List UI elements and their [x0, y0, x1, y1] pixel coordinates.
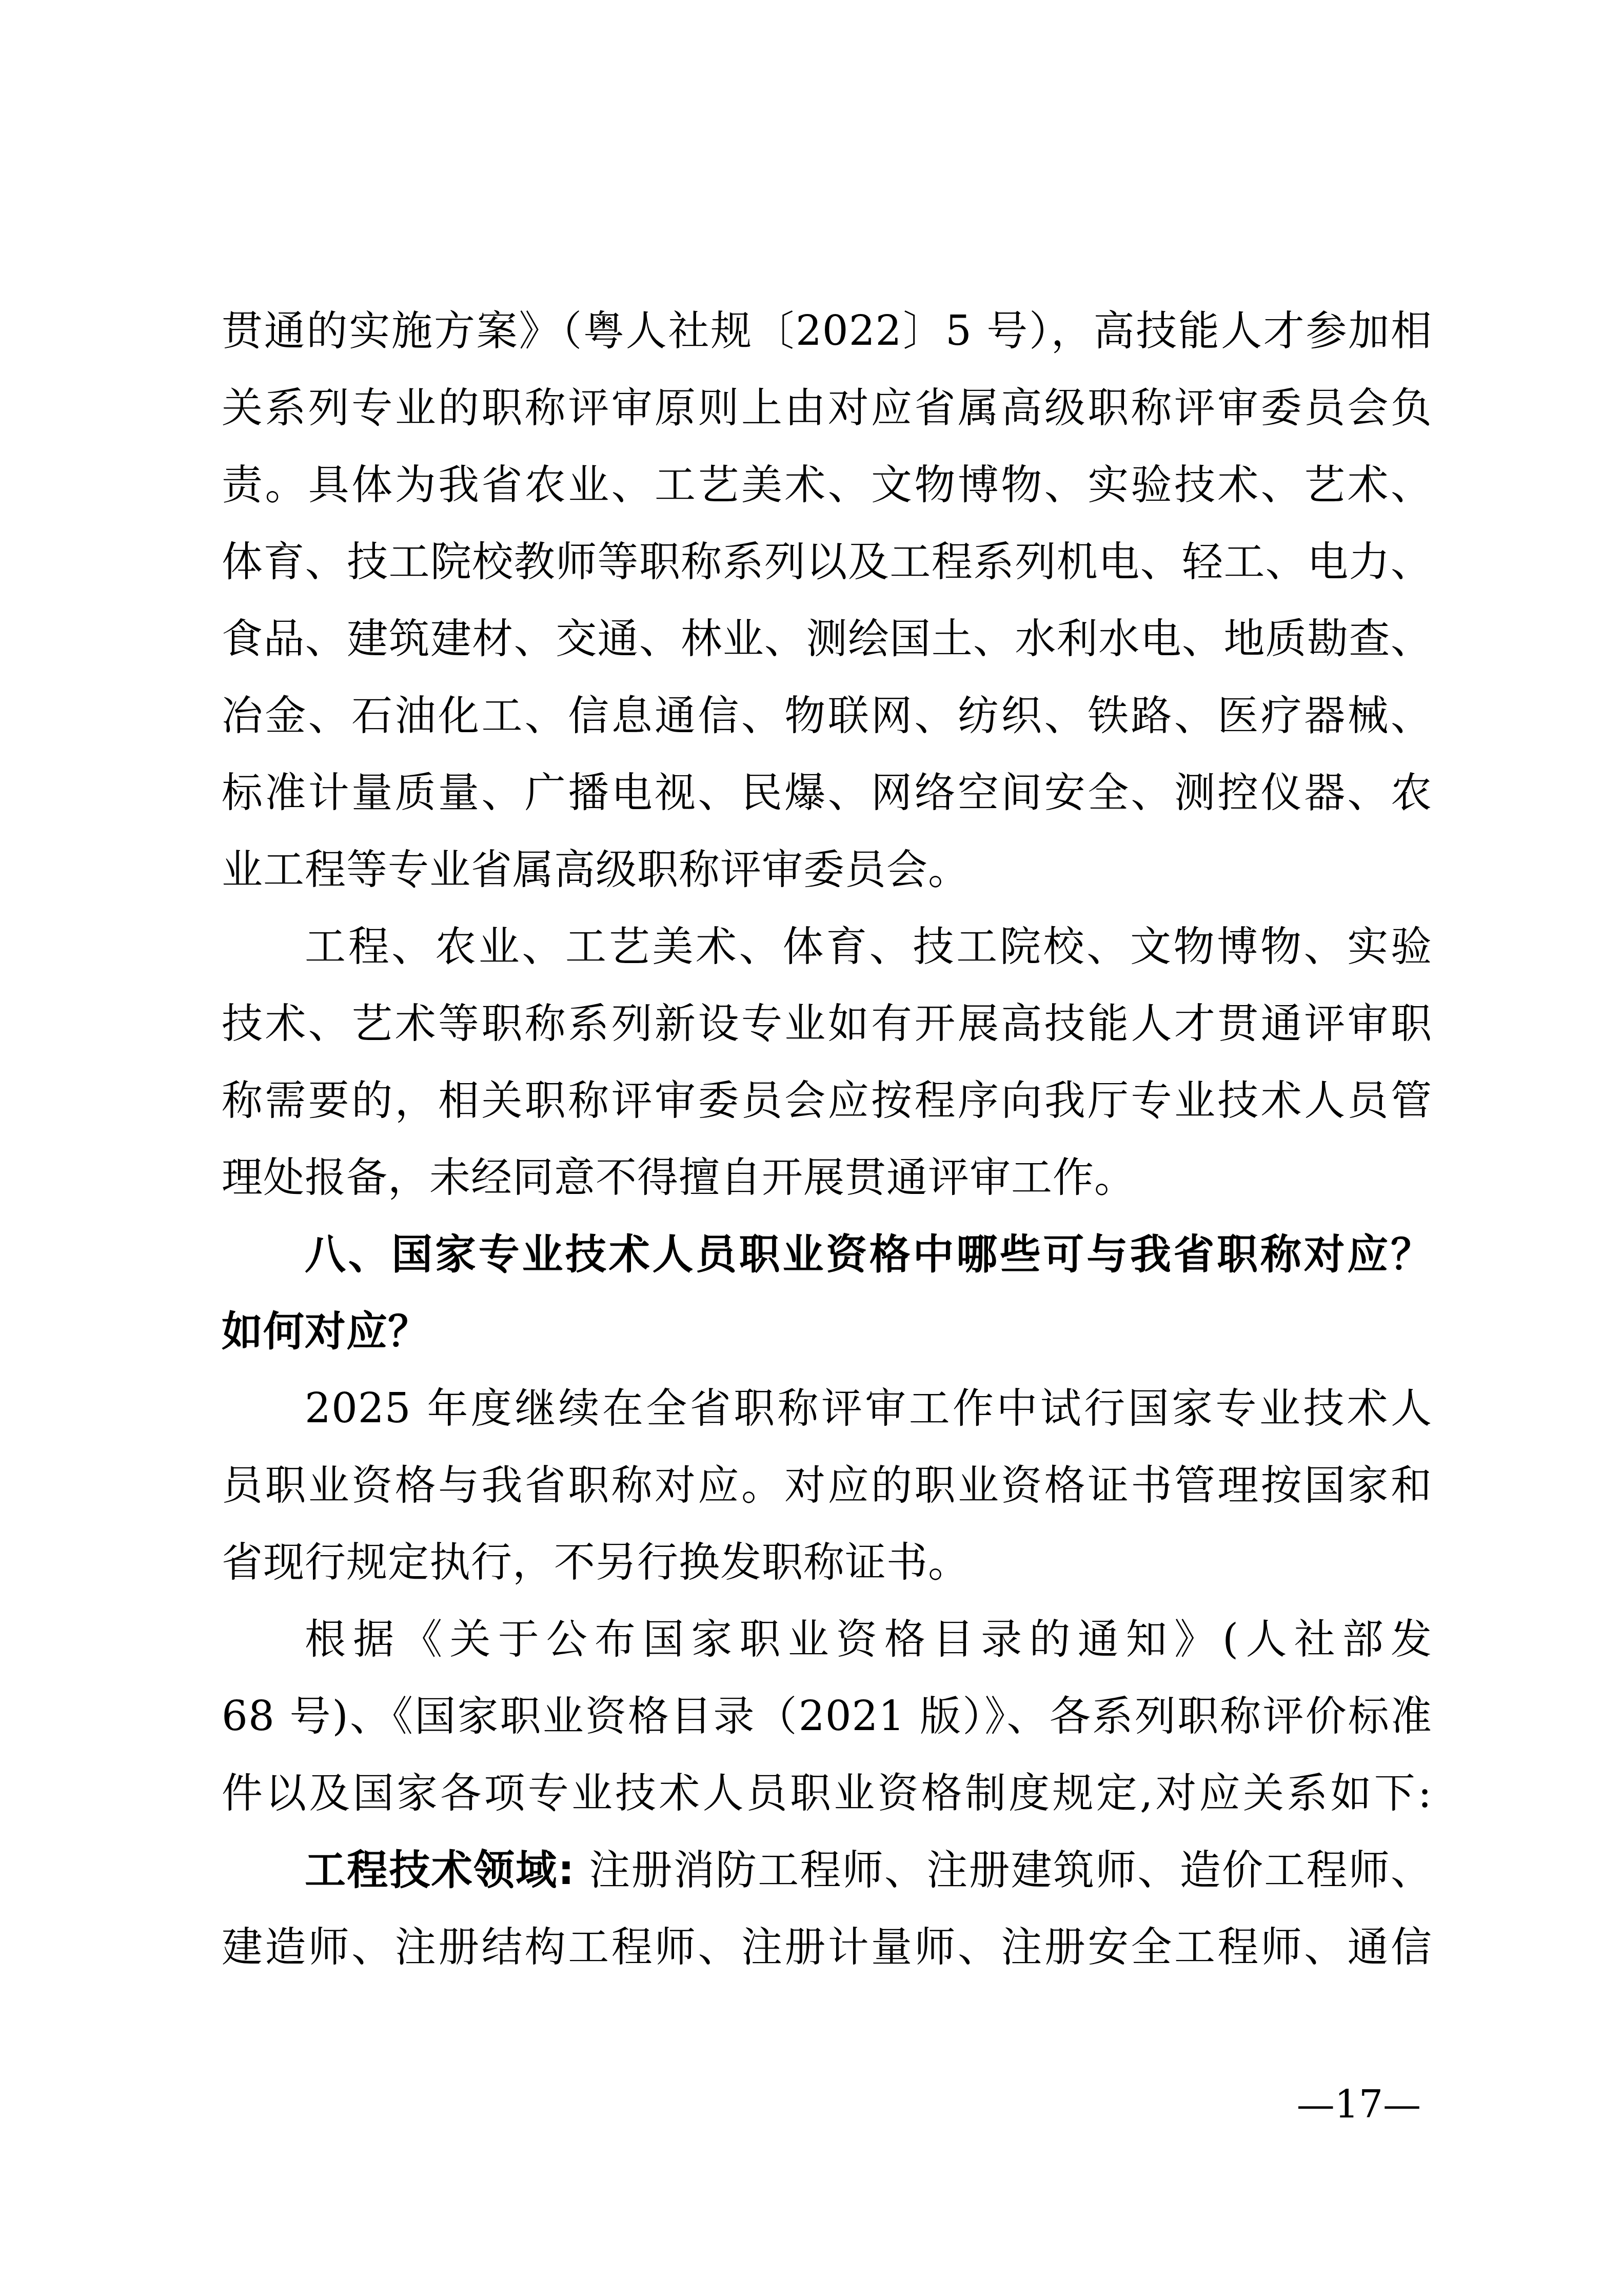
text-line: 标准计量质量、广播电视、民爆、网络空间安全、测控仪器、农 [222, 754, 1432, 831]
text-segment: 员职业资格与我省职称对应。对应的职业资格证书管理按国家和 [222, 1461, 1432, 1509]
text-line: 责。具体为我省农业、工艺美术、文物博物、实验技术、艺术、 [222, 446, 1432, 523]
bold-text-segment: 如何对应？ [222, 1307, 429, 1355]
text-line: 件以及国家各项专业技术人员职业资格制度规定,对应关系如下: [222, 1755, 1432, 1832]
text-segment: 关系列专业的职称评审原则上由对应省属高级职称评审委员会负 [222, 384, 1432, 431]
text-line: 关系列专业的职称评审原则上由对应省属高级职称评审委员会负 [222, 369, 1432, 446]
text-line: 技术、艺术等职称系列新设专业如有开展高技能人才贯通评审职 [222, 985, 1432, 1062]
text-line: 68 号)、《国家职业资格目录（2021 版）》、各系列职称评价标准条 [222, 1678, 1432, 1755]
text-line: 省现行规定执行，不另行换发职称证书。 [222, 1524, 1432, 1601]
text-line: 称需要的，相关职称评审委员会应按程序向我厅专业技术人员管 [222, 1062, 1432, 1139]
text-segment: 建造师、注册结构工程师、注册计量师、注册安全工程师、通信 [222, 1923, 1432, 1971]
text-segment: 食品、建筑建材、交通、林业、测绘国土、水利水电、地质勘查、 [222, 615, 1432, 662]
text-segment: 理处报备，未经同意不得擅自开展贯通评审工作。 [222, 1153, 1136, 1201]
text-segment: 贯通的实施方案》（粤人社规〔2022〕5 号），高技能人才参加相 [222, 307, 1432, 355]
text-segment: 工程、农业、工艺美术、体育、技工院校、文物博物、实验 [305, 923, 1432, 970]
text-line: 建造师、注册结构工程师、注册计量师、注册安全工程师、通信 [222, 1909, 1432, 1986]
text-line: 体育、技工院校教师等职称系列以及工程系列机电、轻工、电力、 [222, 523, 1432, 600]
text-segment: 省现行规定执行，不另行换发职称证书。 [222, 1538, 970, 1586]
text-line: 贯通的实施方案》（粤人社规〔2022〕5 号），高技能人才参加相 [222, 292, 1432, 369]
text-line: 如何对应？ [222, 1293, 1432, 1370]
page-number: —17— [1297, 2084, 1421, 2125]
text-line: 冶金、石油化工、信息通信、物联网、纺织、铁路、医疗器械、 [222, 677, 1432, 754]
text-segment: 体育、技工院校教师等职称系列以及工程系列机电、轻工、电力、 [222, 538, 1432, 585]
text-line: 工程、农业、工艺美术、体育、技工院校、文物博物、实验 [222, 908, 1432, 985]
text-line: 员职业资格与我省职称对应。对应的职业资格证书管理按国家和 [222, 1447, 1432, 1524]
text-line: 根据《关于公布国家职业资格目录的通知》(人社部发〔2017〕 [222, 1601, 1432, 1678]
bold-text-segment: 八、国家专业技术人员职业资格中哪些可与我省职称对应？ [305, 1230, 1432, 1278]
text-line: 理处报备，未经同意不得擅自开展贯通评审工作。 [222, 1139, 1432, 1216]
text-segment: 冶金、石油化工、信息通信、物联网、纺织、铁路、医疗器械、 [222, 692, 1432, 739]
bold-text-segment: 工程技术领域: [305, 1846, 575, 1894]
text-line: 食品、建筑建材、交通、林业、测绘国土、水利水电、地质勘查、 [222, 600, 1432, 677]
text-segment: 2025 年度继续在全省职称评审工作中试行国家专业技术人 [305, 1384, 1432, 1432]
text-segment: 件以及国家各项专业技术人员职业资格制度规定,对应关系如下: [222, 1769, 1432, 1817]
text-line: 2025 年度继续在全省职称评审工作中试行国家专业技术人 [222, 1370, 1432, 1447]
text-segment: 称需要的，相关职称评审委员会应按程序向我厅专业技术人员管 [222, 1076, 1432, 1124]
text-segment: 业工程等专业省属高级职称评审委员会。 [222, 846, 970, 893]
text-line: 八、国家专业技术人员职业资格中哪些可与我省职称对应？ [222, 1216, 1432, 1293]
text-segment: 责。具体为我省农业、工艺美术、文物博物、实验技术、艺术、 [222, 461, 1432, 508]
text-segment: 技术、艺术等职称系列新设专业如有开展高技能人才贯通评审职 [222, 999, 1432, 1047]
document-page: 贯通的实施方案》（粤人社规〔2022〕5 号），高技能人才参加相关系列专业的职称… [0, 0, 1621, 2296]
document-content: 贯通的实施方案》（粤人社规〔2022〕5 号），高技能人才参加相关系列专业的职称… [222, 292, 1432, 1986]
text-segment: 根据《关于公布国家职业资格目录的通知》(人社部发〔2017〕 [222, 1615, 1432, 1678]
text-segment: 注册消防工程师、注册建筑师、造价工程师、 [575, 1846, 1432, 1894]
text-segment: 标准计量质量、广播电视、民爆、网络空间安全、测控仪器、农 [222, 769, 1432, 816]
text-segment: 68 号)、《国家职业资格目录（2021 版）》、各系列职称评价标准条 [222, 1692, 1432, 1755]
text-line: 工程技术领域: 注册消防工程师、注册建筑师、造价工程师、 [222, 1832, 1432, 1909]
text-line: 业工程等专业省属高级职称评审委员会。 [222, 831, 1432, 908]
